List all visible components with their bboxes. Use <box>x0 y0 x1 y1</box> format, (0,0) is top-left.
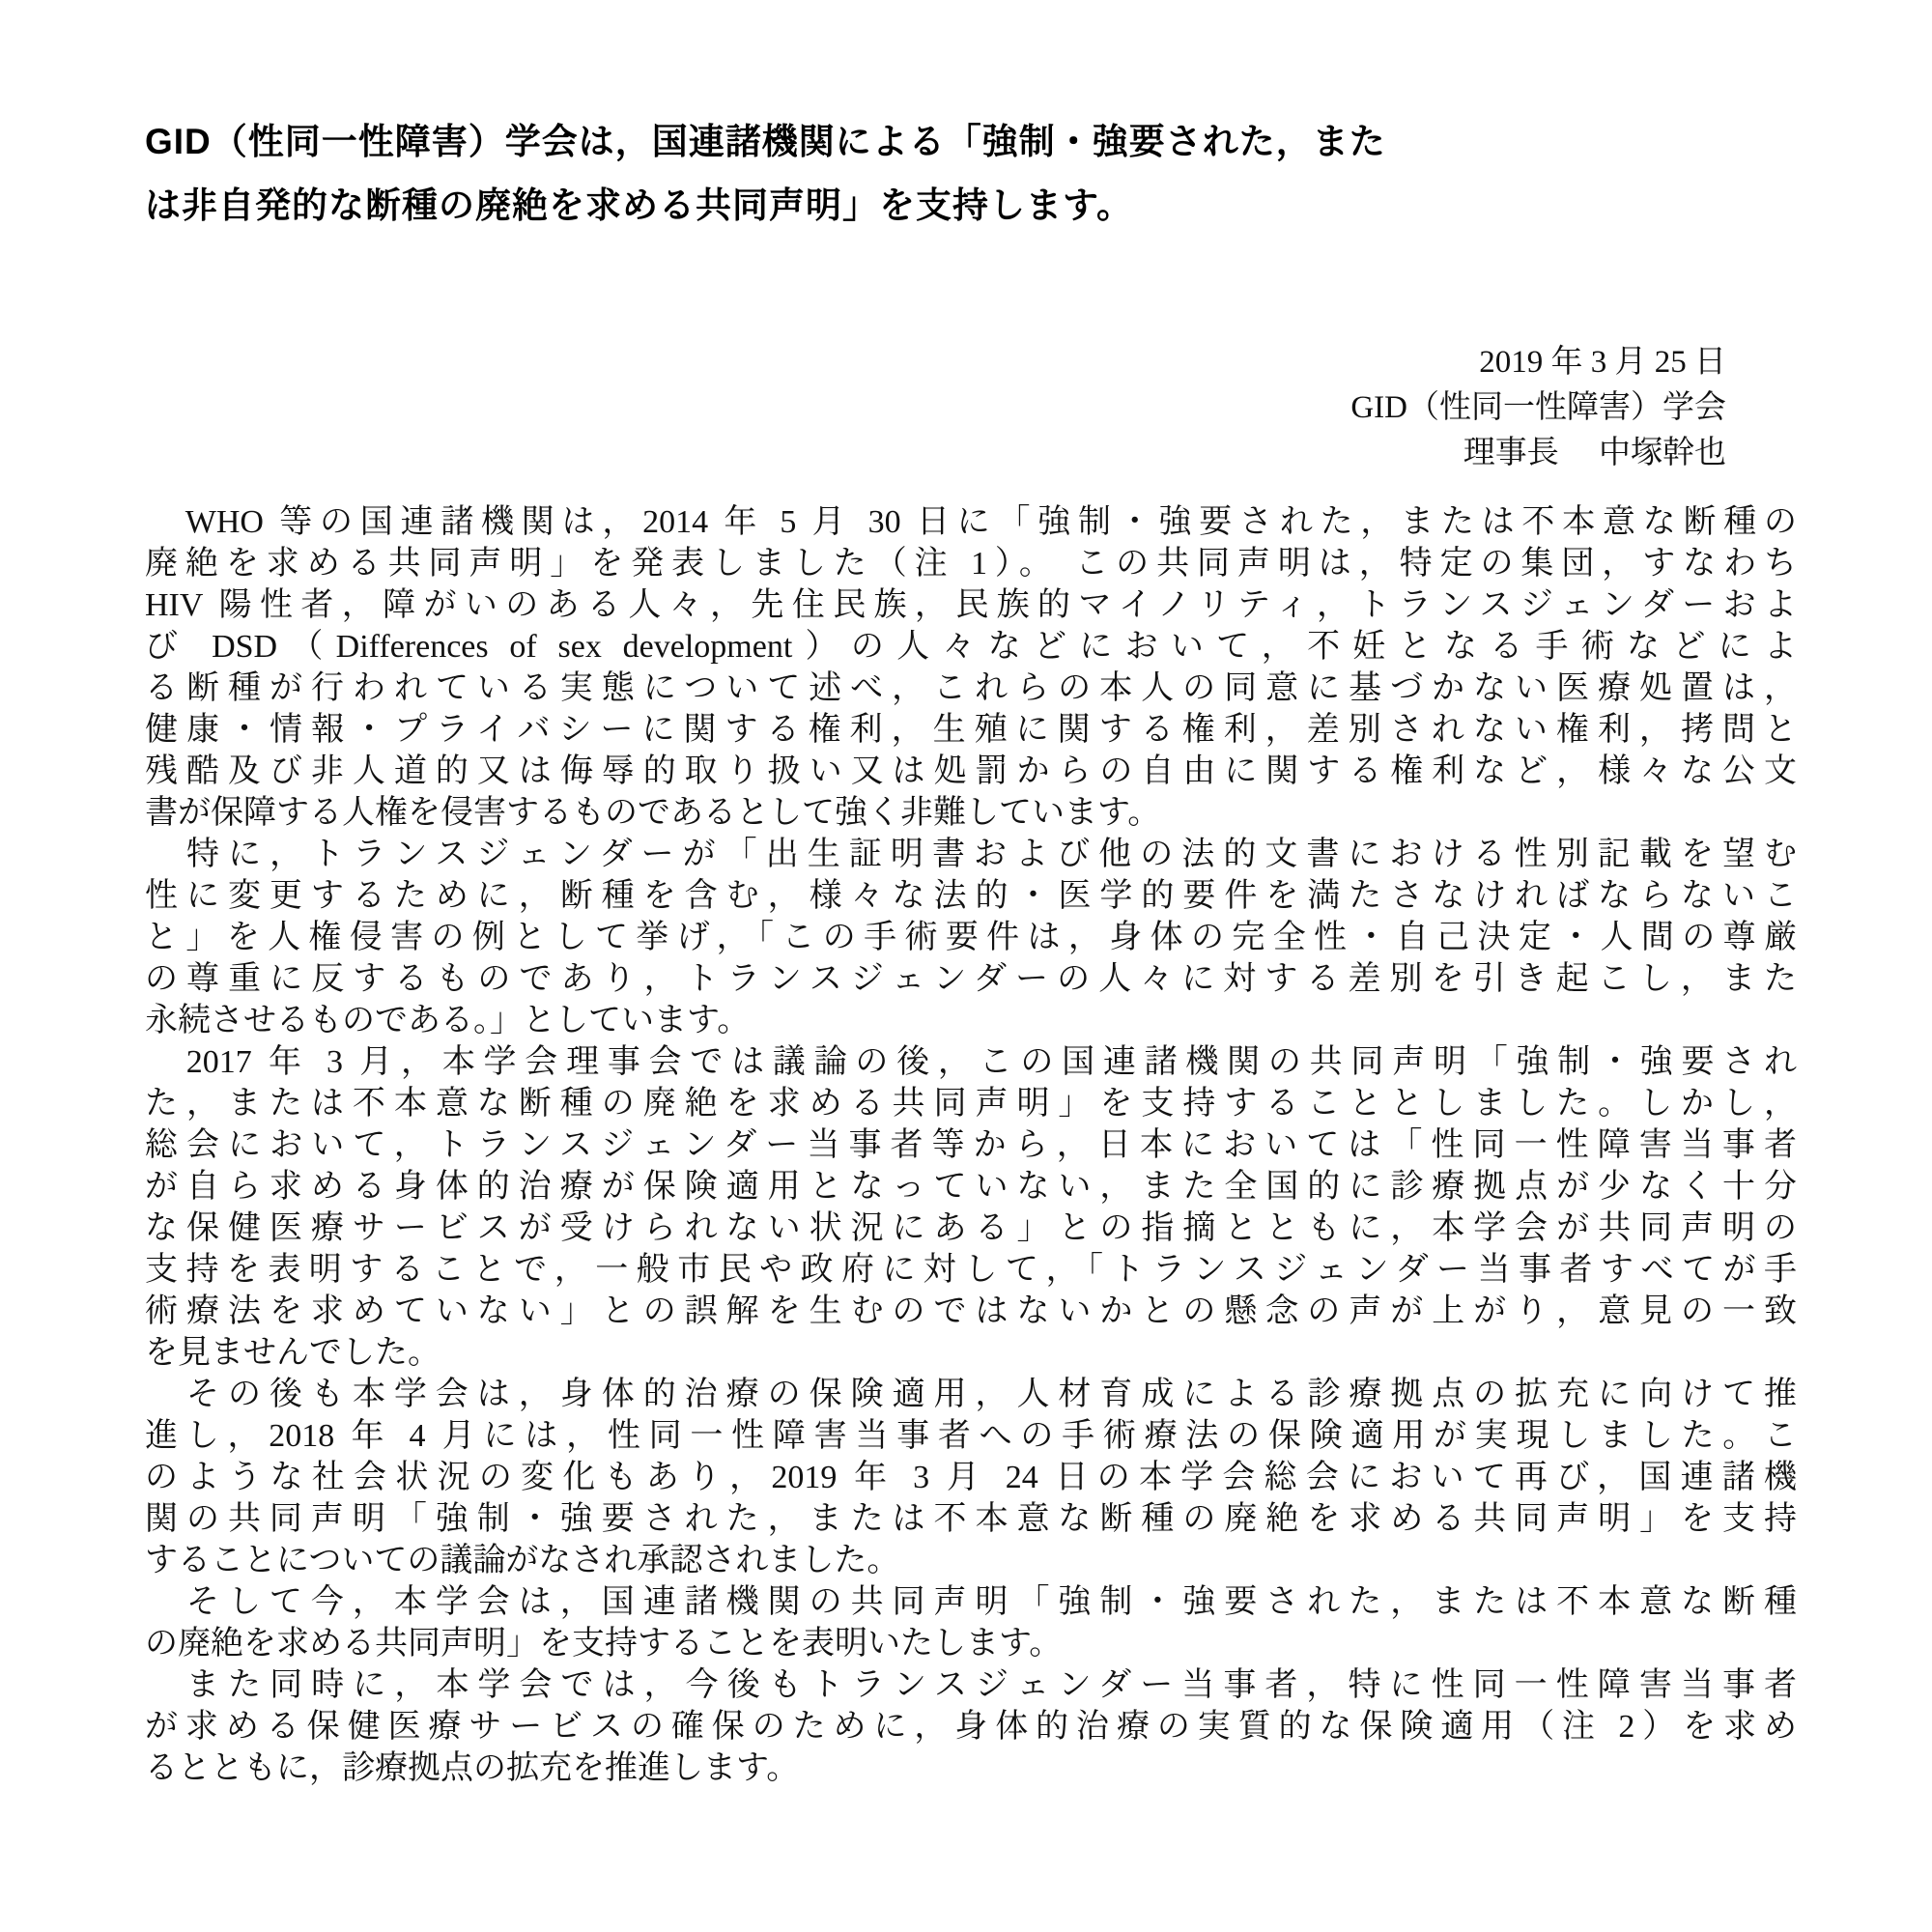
body-line: 2017 年 3 月，本学会理事会では議論の後，この国連諸機関の共同声明「強制・… <box>145 1041 1797 1083</box>
document-title-line-2: は非自発的な断種の廃絶を求める共同声明」を支持します。 <box>145 174 1797 238</box>
body-line: の尊重に反するものであり，トランスジェンダーの人々に対する差別を引き起こし，また <box>145 958 1797 1000</box>
organization-name: GID（性同一性障害）学会 <box>145 385 1726 431</box>
body-line: な保健医療サービスが受けられない状況にある」との指摘とともに，本学会が共同声明の <box>145 1207 1797 1249</box>
body-line: 関の共同声明「強制・強要された，または不本意な断種の廃絶を求める共同声明」を支持 <box>145 1498 1797 1540</box>
body-line: 総会において，トランスジェンダー当事者等から，日本においては「性同一性障害当事者 <box>145 1124 1797 1166</box>
body-line: 残酷及び非人道的又は侮辱的取り扱い又は処罰からの自由に関する権利など，様々な公文 <box>145 751 1797 792</box>
document-date: 2019 年 3 月 25 日 <box>145 340 1726 385</box>
body-line: と」を人権侵害の例として挙げ，「この手術要件は，身体の完全性・自己決定・人間の尊… <box>145 917 1797 958</box>
body-line: び DSD（Differences of sex development）の人々… <box>145 626 1797 668</box>
body-line: 書が保障する人権を侵害するものであるとして強く非難しています。 <box>145 792 1797 834</box>
signatory-name: 理事長 中塚幹也 <box>145 431 1726 476</box>
body-line: WHO 等の国連諸機関は，2014 年 5 月 30 日に「強制・強要された，ま… <box>145 501 1797 543</box>
body-line: 性に変更するために，断種を含む，様々な法的・医学的要件を満たさなければならないこ <box>145 875 1797 917</box>
body-line: 進し，2018 年 4 月には，性同一性障害当事者への手術療法の保険適用が実現し… <box>145 1415 1797 1457</box>
document-title: GID（性同一性障害）学会は，国連諸機関による「強制・強要された，また は非自発… <box>145 110 1797 238</box>
body-line: HIV 陽性者，障がいのある人々，先住民族，民族的マイノリティ，トランスジェンダ… <box>145 584 1797 626</box>
body-line: その後も本学会は，身体的治療の保険適用，人材育成による診療拠点の拡充に向けて推 <box>145 1374 1797 1415</box>
body-line: 廃絶を求める共同声明」を発表しました（注 1）。 この共同声明は，特定の集団，す… <box>145 543 1797 584</box>
body-line: 健康・情報・プライバシーに関する権利，生殖に関する権利，差別されない権利，拷問と <box>145 709 1797 751</box>
document-title-line-1: GID（性同一性障害）学会は，国連諸機関による「強制・強要された，また <box>145 110 1797 174</box>
document-page: GID（性同一性障害）学会は，国連諸機関による「強制・強要された，また は非自発… <box>145 110 1797 1789</box>
body-line: のような社会状況の変化もあり，2019 年 3 月 24 日の本学会総会において… <box>145 1457 1797 1498</box>
body-line: また同時に，本学会では，今後もトランスジェンダー当事者，特に性同一性障害当事者 <box>145 1664 1797 1706</box>
body-line: た，または不本意な断種の廃絶を求める共同声明」を支持することとしました。しかし， <box>145 1083 1797 1124</box>
document-body: WHO 等の国連諸機関は，2014 年 5 月 30 日に「強制・強要された，ま… <box>145 501 1797 1789</box>
body-line: 支持を表明することで，一般市民や政府に対して，「トランスジェンダー当事者すべてが… <box>145 1249 1797 1291</box>
body-line: の廃絶を求める共同声明」を支持することを表明いたします。 <box>145 1623 1797 1664</box>
document-meta: 2019 年 3 月 25 日 GID（性同一性障害）学会 理事長 中塚幹也 <box>145 340 1797 476</box>
body-line: る断種が行われている実態について述べ，これらの本人の同意に基づかない医療処置は， <box>145 668 1797 709</box>
body-line: することについての議論がなされ承認されました。 <box>145 1540 1797 1581</box>
body-line: 永続させるものである。」としています。 <box>145 1000 1797 1041</box>
body-line: るとともに，診療拠点の拡充を推進します。 <box>145 1747 1797 1789</box>
body-line: が求める保健医療サービスの確保のために，身体的治療の実質的な保険適用（注 2）を… <box>145 1706 1797 1747</box>
body-line: 術療法を求めていない」との誤解を生むのではないかとの懸念の声が上がり，意見の一致 <box>145 1291 1797 1332</box>
body-line: が自ら求める身体的治療が保険適用となっていない，また全国的に診療拠点が少なく十分 <box>145 1166 1797 1207</box>
body-line: を見ませんでした。 <box>145 1332 1797 1374</box>
body-line: 特に，トランスジェンダーが「出生証明書および他の法的文書における性別記載を望む <box>145 834 1797 875</box>
body-line: そして今，本学会は，国連諸機関の共同声明「強制・強要された，または不本意な断種 <box>145 1581 1797 1623</box>
